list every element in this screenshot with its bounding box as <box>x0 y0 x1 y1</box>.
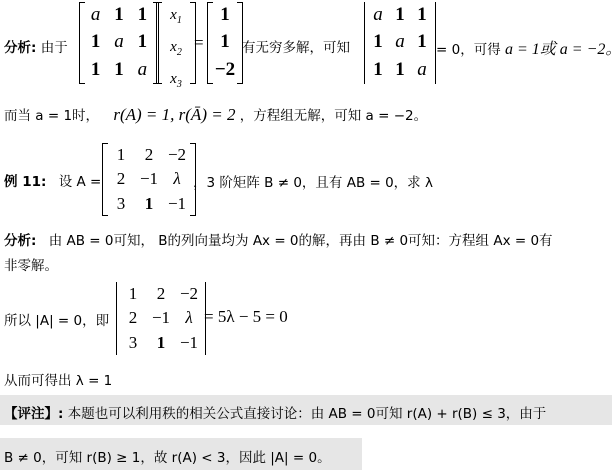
text-youyu: 由于 <box>41 40 68 56</box>
equals-sign: = <box>194 33 204 53</box>
det-equation-result: = 5λ − 5 = 0 <box>204 307 288 327</box>
text-when-a1: 而当 a = 1时， <box>4 108 99 124</box>
conclusion: 从而可得出 λ = 1 <box>4 369 112 389</box>
example-11-question: ，3 阶矩阵 B ≠ 0，且有 AB = 0，求 λ <box>193 171 433 191</box>
det-zero-text: 所以 |A| = 0，即 <box>4 309 109 329</box>
analysis-2-line-2: 非零解。 <box>4 254 58 274</box>
text-no-solution: ，方程组无解，可知 a = −2。 <box>240 108 427 124</box>
rank-expression: r(A) = 1, r(Ā) = 2 <box>113 105 235 124</box>
analysis-label-2: 分析: <box>4 233 36 249</box>
comment-line-1: 【评注】: 本题也可以利用秩的相关公式直接讨论：由 AB = 0可知 r(A) … <box>4 402 546 422</box>
text-infinite-solutions: 有无穷多解，可知 <box>242 36 350 56</box>
analysis-label: 分析: <box>4 40 36 56</box>
result-a-values: a = 1或 a = −2。 <box>505 41 615 58</box>
matrix-example-11: 12−2 2−1λ 31−1 <box>102 143 196 216</box>
example-11-label-row: 例 11: 设 A = <box>4 170 101 190</box>
text-let-A: 设 A = <box>59 174 102 190</box>
comment-line-2: B ≠ 0，可知 r(B) ≥ 1，故 r(A) < 3，因此 |A| = 0。 <box>4 446 331 466</box>
rank-line: 而当 a = 1时， r(A) = 1, r(Ā) = 2 ，方程组无解，可知 … <box>4 104 427 125</box>
vector-b: 1 1 −2 <box>207 2 243 84</box>
determinant-example-11: 12−2 2−1λ 31−1 <box>116 282 206 355</box>
text-result-a: = 0，可得 a = 1或 a = −2。 <box>436 36 615 59</box>
left-bracket <box>79 2 85 84</box>
analysis-label-1: 分析: 由于 <box>4 36 68 56</box>
determinant-A: a11 1a1 11a <box>364 2 436 84</box>
comment-label: 【评注】: <box>4 406 63 422</box>
vector-x: x1 x2 x3 <box>156 2 196 84</box>
analysis-2-line-1: 分析: 由 AB = 0可知， B的列向量均为 Ax = 0的解，再由 B ≠ … <box>4 229 553 249</box>
example-11-label: 例 11: <box>4 174 46 190</box>
matrix-A-coeff: a11 1a1 11a <box>79 2 159 84</box>
